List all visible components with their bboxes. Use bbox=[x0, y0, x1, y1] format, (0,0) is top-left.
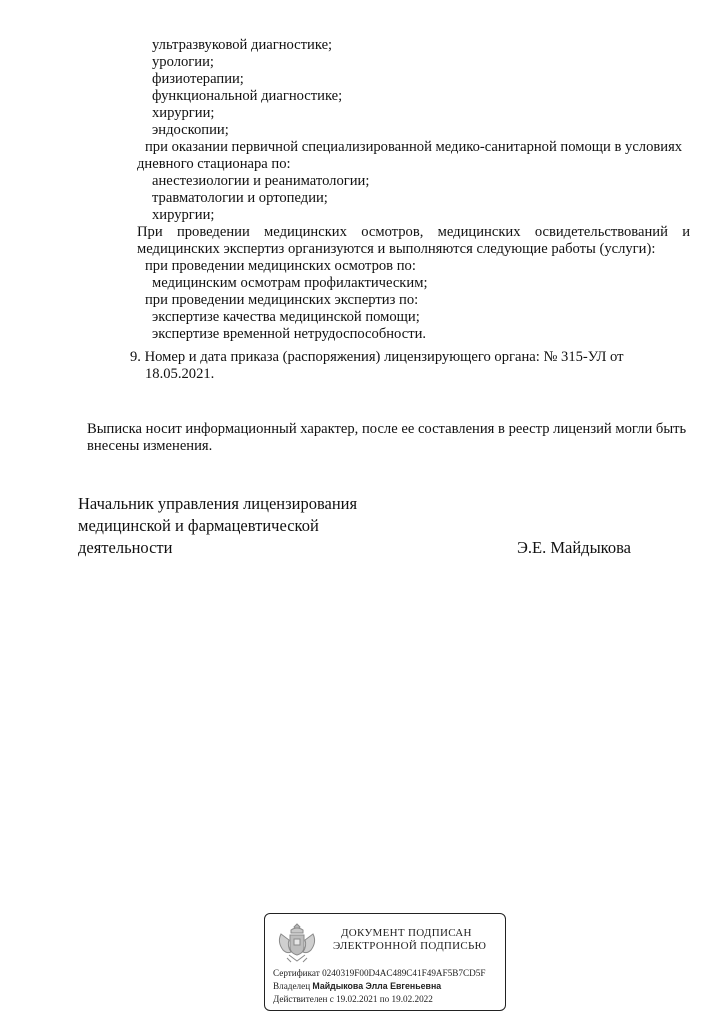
text-line: анестезиологии и реаниматологии; bbox=[152, 173, 369, 190]
text-line: при оказании первичной специализированно… bbox=[145, 139, 682, 156]
text-line: травматологии и ортопедии; bbox=[152, 190, 328, 207]
text-line: физиотерапии; bbox=[152, 71, 244, 88]
disclaimer-line: внесены изменения. bbox=[87, 438, 212, 455]
text-line: медицинским осмотрам профилактическим; bbox=[152, 275, 428, 292]
electronic-signature-stamp: ДОКУМЕНТ ПОДПИСАН ЭЛЕКТРОННОЙ ПОДПИСЬЮ С… bbox=[264, 913, 506, 1011]
owner-value: Майдыкова Элла Евгеньевна bbox=[312, 981, 441, 991]
signer-position: медицинской и фармацевтической bbox=[78, 516, 319, 535]
disclaimer-line: Выписка носит информационный характер, п… bbox=[87, 421, 686, 438]
text-line: ультразвуковой диагностике; bbox=[152, 37, 332, 54]
text-line: при проведении медицинских экспертиз по: bbox=[145, 292, 418, 309]
text-line: функциональной диагностике; bbox=[152, 88, 342, 105]
text-line: при проведении медицинских осмотров по: bbox=[145, 258, 416, 275]
stamp-owner: Владелец Майдыкова Элла Евгеньевна bbox=[273, 981, 441, 991]
signer-position: деятельности bbox=[78, 538, 172, 557]
signer-position: Начальник управления лицензирования bbox=[78, 494, 357, 513]
order-number-line: 9. Номер и дата приказа (распоряжения) л… bbox=[130, 349, 624, 366]
order-date-line: 18.05.2021. bbox=[145, 366, 214, 383]
coat-of-arms-icon bbox=[275, 920, 319, 966]
text-line: хирургии; bbox=[152, 105, 214, 122]
text-line: экспертизе качества медицинской помощи; bbox=[152, 309, 420, 326]
signer-name: Э.Е. Майдыкова bbox=[517, 538, 631, 557]
text-line: эндоскопии; bbox=[152, 122, 229, 139]
stamp-validity: Действителен с 19.02.2021 по 19.02.2022 bbox=[273, 994, 433, 1004]
stamp-title: ДОКУМЕНТ ПОДПИСАН bbox=[341, 927, 472, 939]
text-line: дневного стационара по: bbox=[137, 156, 291, 173]
certificate-value: 0240319F00D4AC489C41F49AF5B7CD5F bbox=[322, 968, 485, 978]
certificate-label: Сертификат bbox=[273, 968, 320, 978]
stamp-certificate: Сертификат 0240319F00D4AC489C41F49AF5B7C… bbox=[273, 968, 485, 978]
owner-label: Владелец bbox=[273, 981, 310, 991]
text-line: урологии; bbox=[152, 54, 214, 71]
stamp-title: ЭЛЕКТРОННОЙ ПОДПИСЬЮ bbox=[333, 940, 486, 952]
text-line: экспертизе временной нетрудоспособности. bbox=[152, 326, 426, 343]
text-line: При проведении медицинских осмотров, мед… bbox=[137, 224, 690, 241]
text-line: медицинских экспертиз организуются и вып… bbox=[137, 241, 655, 258]
text-line: хирургии; bbox=[152, 207, 214, 224]
